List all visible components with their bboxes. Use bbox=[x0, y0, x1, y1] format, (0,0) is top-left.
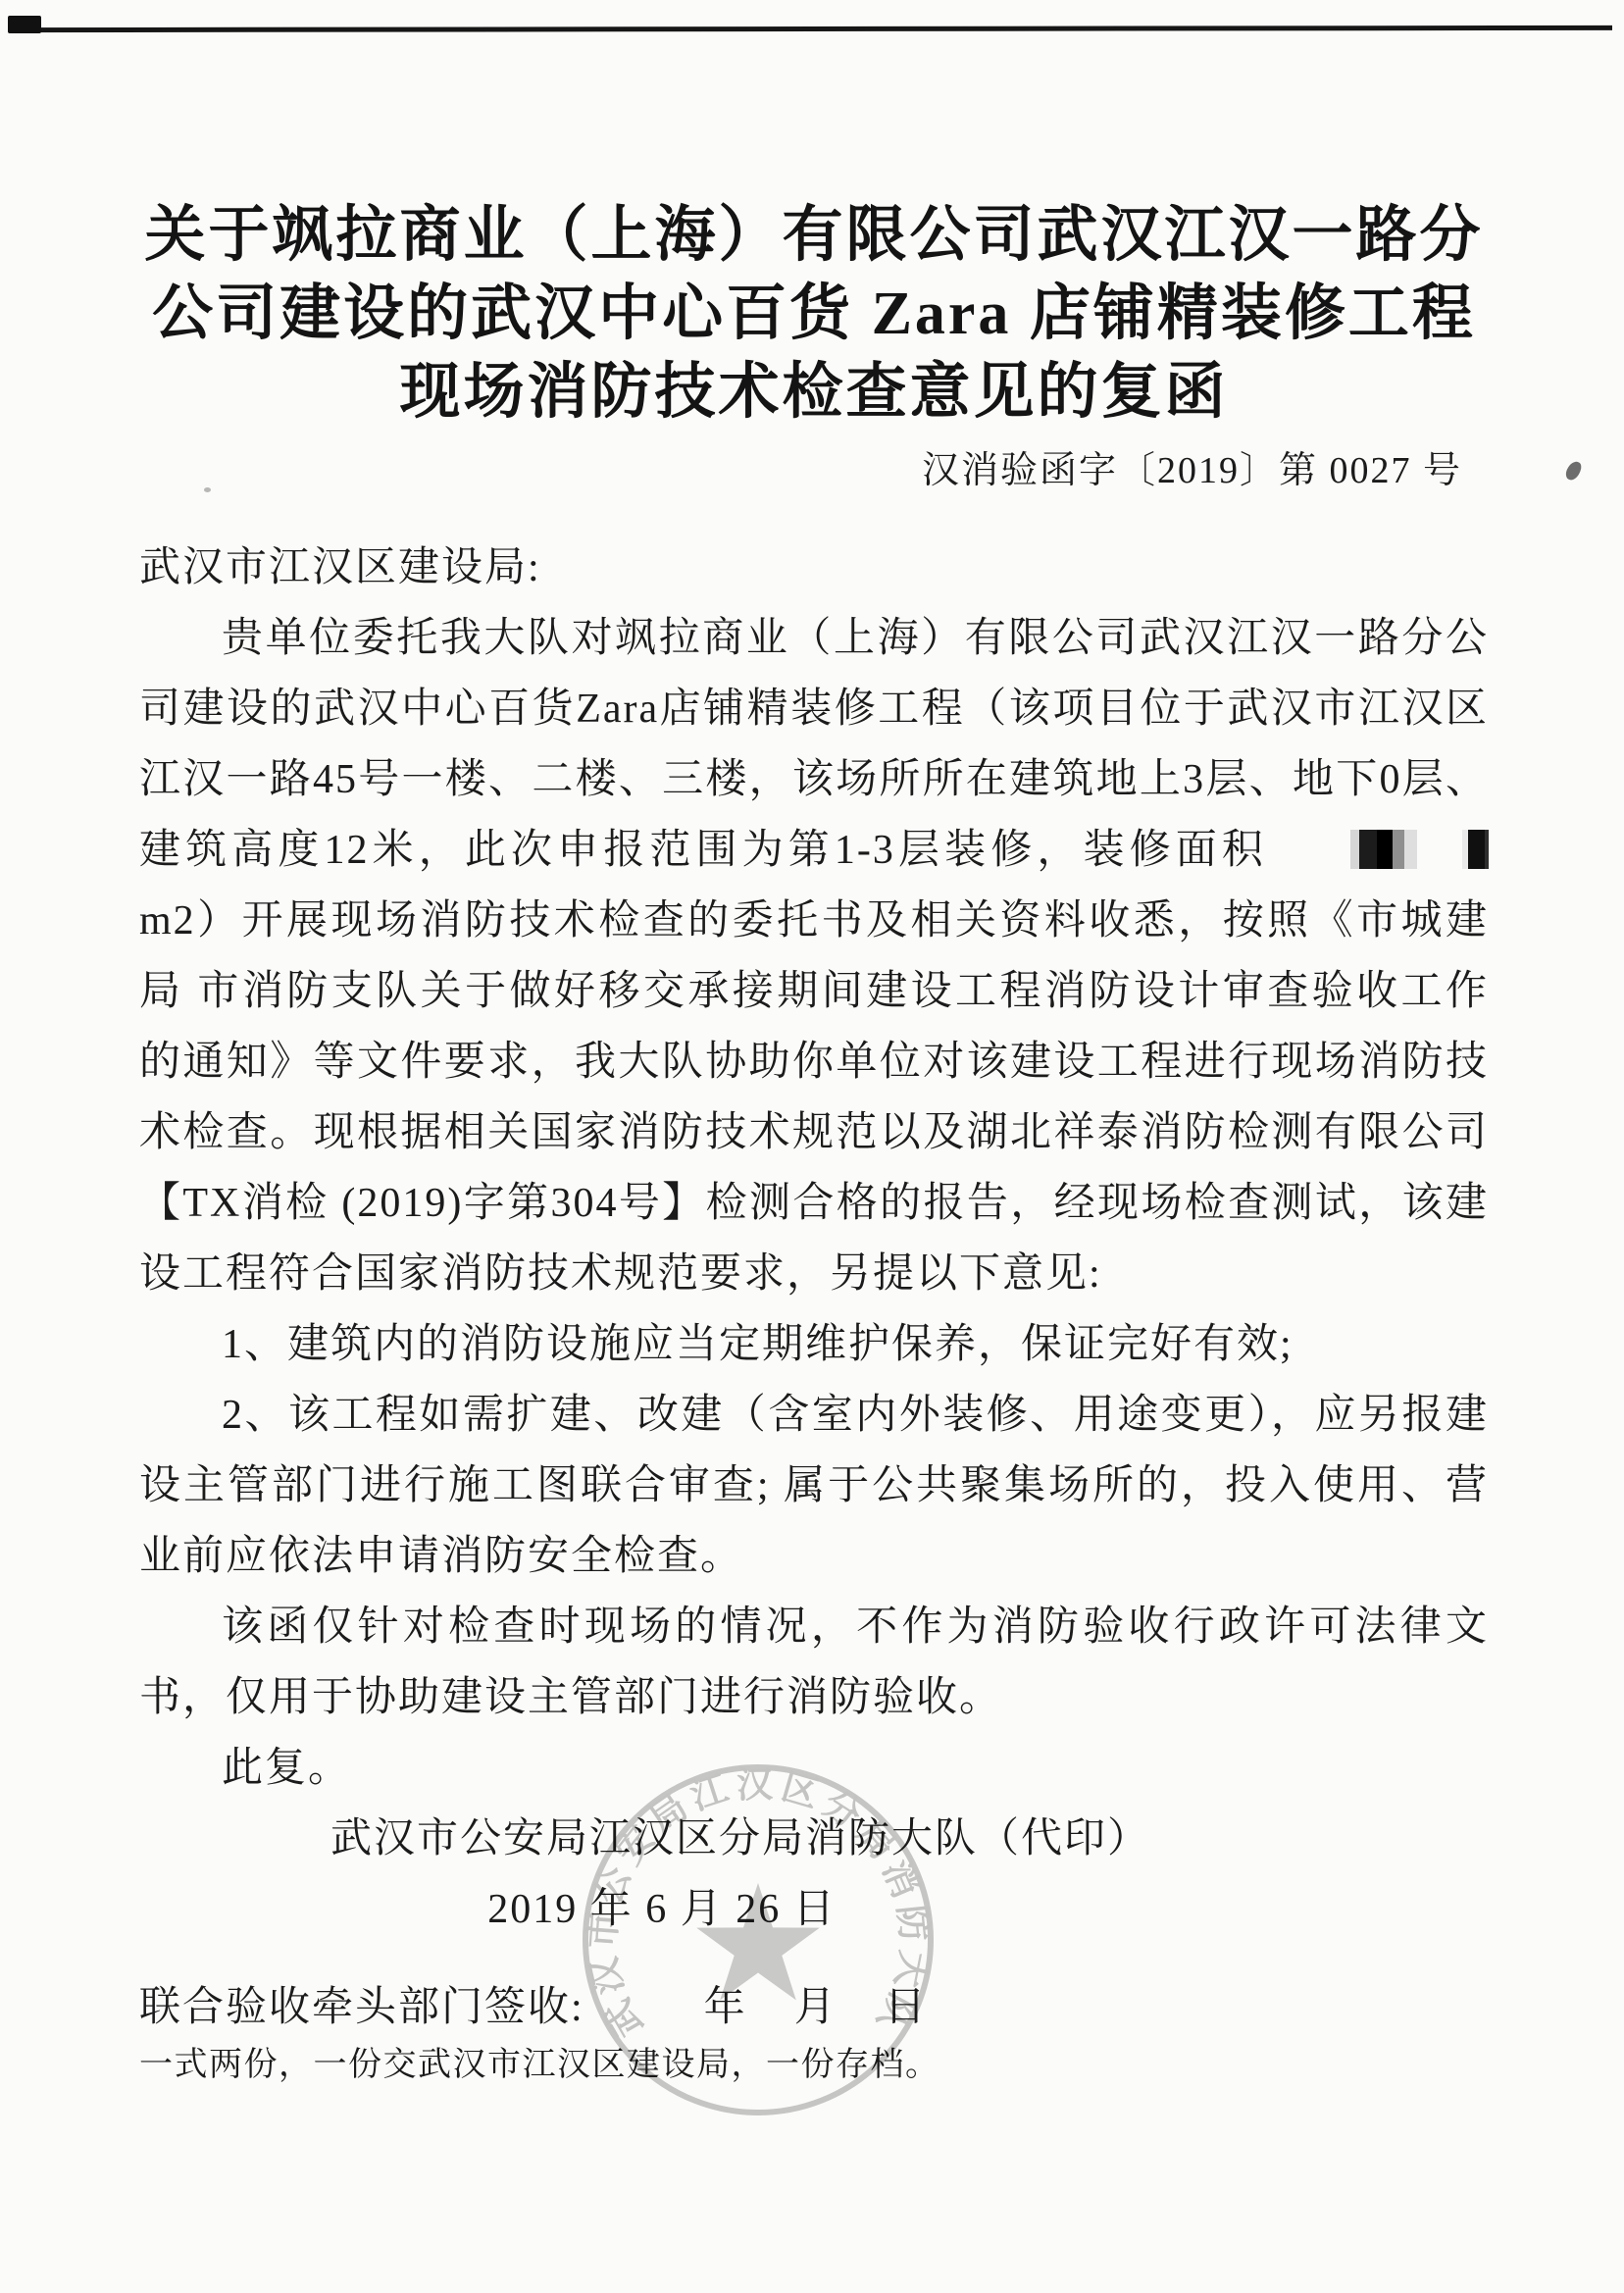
signoff-day-label: 日 bbox=[885, 1972, 928, 2043]
closing-paragraph: 该函仅针对检查时现场的情况，不作为消防验收行政许可法律文书，仅用于协助建设主管部… bbox=[139, 1592, 1489, 1733]
reply-close: 此复。 bbox=[139, 1733, 1489, 1804]
scan-corner-artifact bbox=[8, 16, 41, 33]
redacted-value bbox=[1268, 830, 1489, 869]
document-title-line-1: 关于飒拉商业（上海）有限公司武汉江汉一路分 bbox=[139, 196, 1489, 275]
ink-speck-artifact bbox=[1563, 459, 1583, 483]
signoff-row: 联合验收牵头部门签收: 年 月 日 bbox=[139, 1972, 1489, 2043]
signoff-month-label: 月 bbox=[794, 1972, 837, 2043]
document-title-line-2: 公司建设的武汉中心百货 Zara 店铺精装修工程 bbox=[139, 275, 1489, 353]
scan-edge-artifact bbox=[10, 25, 1612, 32]
redaction-block-icon bbox=[1462, 830, 1489, 869]
document-title-line-3: 现场消防技术检查意见的复函 bbox=[139, 353, 1489, 432]
redaction-block-icon bbox=[1350, 830, 1417, 869]
issue-date: 2019 年 6 月 26 日 bbox=[139, 1874, 1489, 1945]
footer-note: 一式两份，一份交武汉市江汉区建设局，一份存档。 bbox=[139, 2043, 1489, 2088]
intro-text-after-redaction: m2）开展现场消防技术检查的委托书及相关资料收悉，按照《市城建局 市消防支队关于… bbox=[139, 898, 1489, 1297]
addressee: 武汉市江汉区建设局: bbox=[139, 533, 1489, 603]
signoff-date-blanks: 年 月 日 bbox=[704, 1972, 928, 2043]
intro-paragraph: 贵单位委托我大队对飒拉商业（上海）有限公司武汉江汉一路分公司建设的武汉中心百货Z… bbox=[139, 603, 1489, 1309]
opinion-item-1: 1、建筑内的消防设施应当定期维护保养，保证完好有效; bbox=[139, 1309, 1489, 1380]
letter-body: 武汉市江汉区建设局: 贵单位委托我大队对飒拉商业（上海）有限公司武汉江汉一路分公… bbox=[139, 533, 1489, 2088]
opinion-item-2: 2、该工程如需扩建、改建（含室内外装修、用途变更），应另报建设主管部门进行施工图… bbox=[139, 1380, 1489, 1592]
document-number: 汉消验函字〔2019〕第 0027 号 bbox=[139, 439, 1462, 493]
scanned-letter-page: 关于飒拉商业（上海）有限公司武汉江汉一路分 公司建设的武汉中心百货 Zara 店… bbox=[0, 0, 1624, 2293]
issuer-line: 武汉市公安局江汉区分局消防大队（代印） bbox=[139, 1804, 1489, 1874]
signoff-year-label: 年 bbox=[704, 1972, 747, 2043]
document-title: 关于飒拉商业（上海）有限公司武汉江汉一路分 公司建设的武汉中心百货 Zara 店… bbox=[139, 196, 1489, 432]
signoff-label: 联合验收牵头部门签收: bbox=[139, 1972, 584, 2043]
